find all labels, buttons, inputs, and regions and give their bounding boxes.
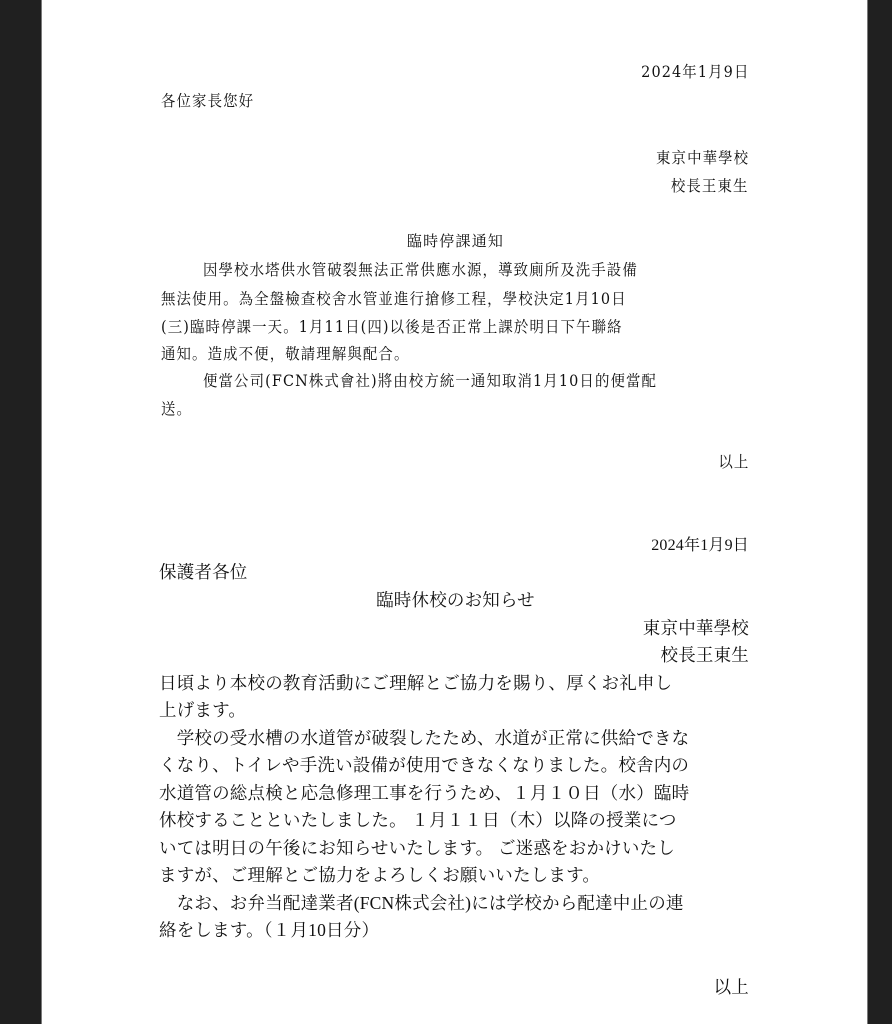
ja-sender-principal: 校長王東生: [661, 646, 750, 665]
ja-body-line: 上げます。: [159, 701, 246, 720]
ja-title: 臨時休校のお知らせ: [42, 591, 869, 610]
ja-body-line: 絡をします。（１月10日分）: [159, 921, 379, 940]
ja-body-line: ますが、ご理解とご協力をよろしくお願いいたします。: [159, 866, 600, 885]
ja-body-line: 学校の受水槽の水道管が破裂したため、水道が正常に供給できな: [159, 729, 689, 748]
ja-closing: 以上: [714, 978, 749, 997]
zh-body-line: 送。: [161, 400, 192, 419]
ja-salutation: 保護者各位: [159, 563, 248, 582]
zh-closing: 以上: [718, 453, 749, 472]
zh-sender-school: 東京中華學校: [656, 149, 749, 168]
ja-body-line: くなり、トイレや手洗い設備が使用できなくなりました。校舎内の: [159, 756, 689, 775]
zh-body-line: 因學校水塔供水管破裂無法正常供應水源，導致廁所及洗手設備: [203, 261, 638, 280]
ja-body-line: 日頃より本校の教育活動にご理解とご協力を賜り、厚くお礼申し: [159, 674, 672, 693]
ja-body-line: なお、お弁当配達業者(FCN株式会社)には学校から配達中止の連: [159, 894, 684, 913]
ja-body-line: いては明日の午後にお知らせいたします。 ご迷惑をおかけいたし: [159, 839, 675, 858]
ja-sender-school: 東京中華學校: [643, 619, 749, 638]
zh-body-line: 便當公司(FCN株式會社)將由校方統一通知取消1月10日的便當配: [203, 372, 657, 391]
zh-body-line: 無法使用。為全盤檢查校舍水管並進行搶修工程，學校決定1月10日: [161, 290, 627, 309]
document-page: 2024年1月9日 各位家長您好 東京中華學校 校長王東生 臨時停課通知 因學校…: [41, 0, 868, 1024]
ja-date: 2024年1月9日: [651, 536, 749, 555]
zh-date: 2024年1月9日: [641, 63, 749, 82]
zh-title: 臨時停課通知: [42, 232, 869, 251]
zh-sender-principal: 校長王東生: [671, 177, 749, 196]
ja-body-line: 休校することといたしました。 １月１１日（木）以降の授業につ: [159, 811, 677, 830]
zh-body-line: (三)臨時停課一天。1月11日(四)以後是否正常上課於明日下午聯絡: [161, 318, 623, 337]
zh-salutation: 各位家長您好: [161, 92, 254, 111]
zh-body-line: 通知。造成不便，敬請理解與配合。: [161, 345, 409, 364]
ja-body-line: 水道管の総点検と応急修理工事を行うため、１月１０日（水）臨時: [159, 784, 689, 803]
